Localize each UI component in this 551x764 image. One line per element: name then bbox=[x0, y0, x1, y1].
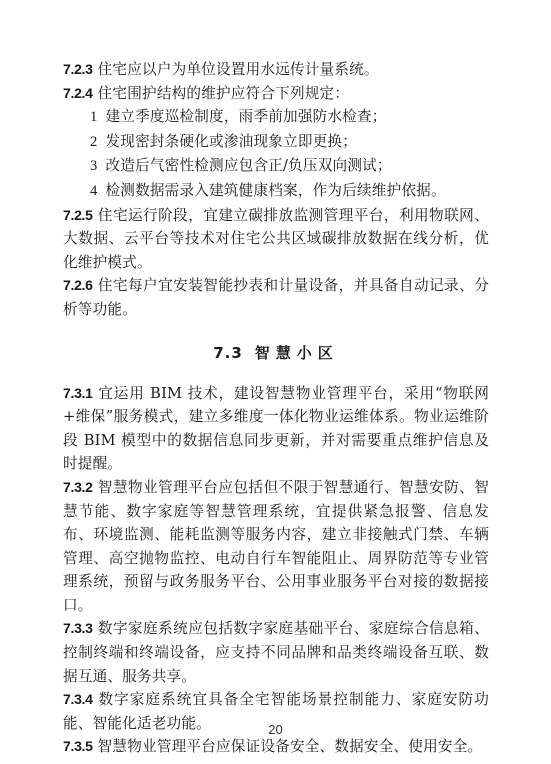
clause-number: 7.2.6 bbox=[63, 277, 93, 293]
clause-text: 智慧物业管理平台应包括但不限于智慧通行、智慧安防、智慧节能、数字家庭等智慧管理系… bbox=[63, 479, 489, 614]
clause-7-2-6: 7.2.6住宅每户宜安装智能抄表和计量设备，并具备自动记录、分析等功能。 bbox=[63, 274, 489, 321]
clause-7-3-3: 7.3.3数字家庭系统应包括数字家庭基础平台、家庭综合信息箱、控制终端和终端设备… bbox=[63, 617, 489, 688]
clause-7-2-3: 7.2.3住宅应以户为单位设置用水远传计量系统。 bbox=[63, 58, 489, 82]
clause-text: 智慧物业管理平台应保证设备安全、数据安全、使用安全。 bbox=[98, 738, 483, 755]
clause-number: 7.2.3 bbox=[63, 61, 93, 77]
clause-text: 住宅运行阶段，宜建立碳排放监测管理平台，利用物联网、大数据、云平台等技术对住宅公… bbox=[63, 207, 489, 271]
clause-number: 7.3.3 bbox=[63, 620, 93, 636]
clause-text: 住宅围护结构的维护应符合下列规定： bbox=[98, 85, 350, 102]
clause-number: 7.3.2 bbox=[63, 479, 93, 495]
clause-text: 数字家庭系统应包括数字家庭基础平台、家庭综合信息箱、控制终端和终端设备，应支持不… bbox=[63, 620, 489, 684]
clause-number: 7.2.5 bbox=[63, 207, 93, 223]
clause-number: 7.3.4 bbox=[63, 691, 93, 707]
clause-number: 7.2.4 bbox=[63, 85, 93, 101]
clause-7-2-5: 7.2.5住宅运行阶段，宜建立碳排放监测管理平台，利用物联网、大数据、云平台等技… bbox=[63, 204, 489, 275]
clause-number: 7.3.1 bbox=[63, 385, 93, 401]
item-number: 2 bbox=[90, 134, 98, 150]
list-item: 4检测数据需录入建筑健康档案，作为后续维护依据。 bbox=[63, 179, 489, 204]
item-number: 1 bbox=[90, 109, 98, 125]
list-item: 1建立季度巡检制度，雨季前加强防水检查； bbox=[63, 105, 489, 130]
clause-text: 宜运用 BIM 技术，建设智慧物业管理平台，采用“物联网+维保”服务模式，建立多… bbox=[63, 385, 489, 473]
item-text: 发现密封条硬化或渗油现象立即更换； bbox=[106, 133, 358, 150]
list-item: 2发现密封条硬化或渗油现象立即更换； bbox=[63, 130, 489, 155]
clause-7-3-1: 7.3.1宜运用 BIM 技术，建设智慧物业管理平台，采用“物联网+维保”服务模… bbox=[63, 382, 489, 476]
item-number: 3 bbox=[90, 158, 98, 174]
item-text: 检测数据需录入建筑健康档案，作为后续维护依据。 bbox=[106, 182, 446, 199]
clause-7-2-4: 7.2.4住宅围护结构的维护应符合下列规定： bbox=[63, 82, 489, 106]
item-text: 改造后气密性检测应包含正/负压双向测试； bbox=[106, 157, 392, 174]
clause-number: 7.3.5 bbox=[63, 738, 93, 754]
clause-7-3-2: 7.3.2智慧物业管理平台应包括但不限于智慧通行、智慧安防、智慧节能、数字家庭等… bbox=[63, 476, 489, 618]
section-heading: 7.3智慧小区 bbox=[63, 342, 489, 363]
list-item: 3改造后气密性检测应包含正/负压双向测试； bbox=[63, 154, 489, 179]
section-title: 智慧小区 bbox=[255, 344, 339, 362]
clause-text: 住宅应以户为单位设置用水远传计量系统。 bbox=[98, 61, 379, 78]
page-number: 20 bbox=[0, 722, 551, 737]
item-number: 4 bbox=[90, 183, 98, 199]
document-page: 7.2.3住宅应以户为单位设置用水远传计量系统。 7.2.4住宅围护结构的维护应… bbox=[63, 58, 489, 759]
section-number: 7.3 bbox=[213, 344, 243, 362]
item-text: 建立季度巡检制度，雨季前加强防水检查； bbox=[106, 108, 387, 125]
clause-text: 住宅每户宜安装智能抄表和计量设备，并具备自动记录、分析等功能。 bbox=[63, 277, 489, 318]
clause-7-3-5: 7.3.5智慧物业管理平台应保证设备安全、数据安全、使用安全。 bbox=[63, 735, 489, 759]
